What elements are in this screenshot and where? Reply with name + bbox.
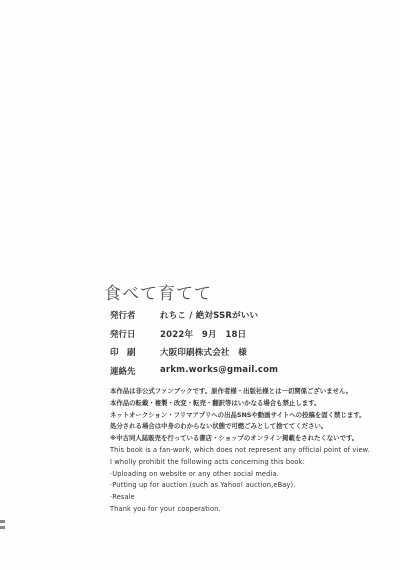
book-title: 食べて育てて	[104, 279, 212, 304]
page: 食べて育てて 発行者 れちこ / 絶対SSRがいい 発行日 2022年 9月 1…	[0, 0, 400, 570]
notice-line-en: ·Resale	[110, 492, 400, 504]
colophon-value: arkm.works@gmail.com	[160, 365, 278, 375]
notice-line-en: ·Uploading on website or any other socia…	[110, 469, 400, 481]
notice-block: 本作品は非公式ファンブックです。原作者様・出版社様とは一切関係ございません。 本…	[110, 386, 400, 516]
colophon-label: 発行日	[110, 328, 136, 340]
scan-mark	[0, 526, 5, 529]
notice-line-en: I wholly prohibit the following acts con…	[110, 457, 400, 469]
colophon-label: 発行者	[110, 309, 136, 321]
scan-mark	[0, 520, 5, 523]
colophon-label: 印 刷	[110, 346, 136, 358]
notice-line-en: ·Putting up for auction (such as Yahoo! …	[110, 480, 400, 492]
notice-line-en: Thank you for your cooperation.	[110, 504, 400, 516]
colophon-value: れちこ / 絶対SSRがいい	[160, 309, 258, 321]
notice-line-ja: 本作品は非公式ファンブックです。原作者様・出版社様とは一切関係ございません。	[110, 386, 400, 398]
colophon-value: 大阪印刷株式会社 様	[160, 346, 247, 358]
notice-line-ja: ネットオークション・フリマアプリへの出品SNSや動画サイトへの投稿を固く禁じます…	[110, 410, 400, 422]
colophon-label: 連絡先	[110, 365, 136, 377]
notice-line-ja: ※中古同人誌販売を行っている書店・ショップのオンライン掲載をされたくないです。	[110, 433, 400, 445]
notice-line-en: This book is a fan-work, which does not …	[110, 445, 400, 457]
colophon-value: 2022年 9月 18日	[160, 328, 246, 340]
notice-line-ja: 本作品の転載・複製・改変・転売・翻訳等はいかなる場合も禁止します。	[110, 398, 400, 410]
notice-line-ja: 処分される場合は中身のわからない状態で可燃ごみとして捨ててください。	[110, 421, 400, 433]
